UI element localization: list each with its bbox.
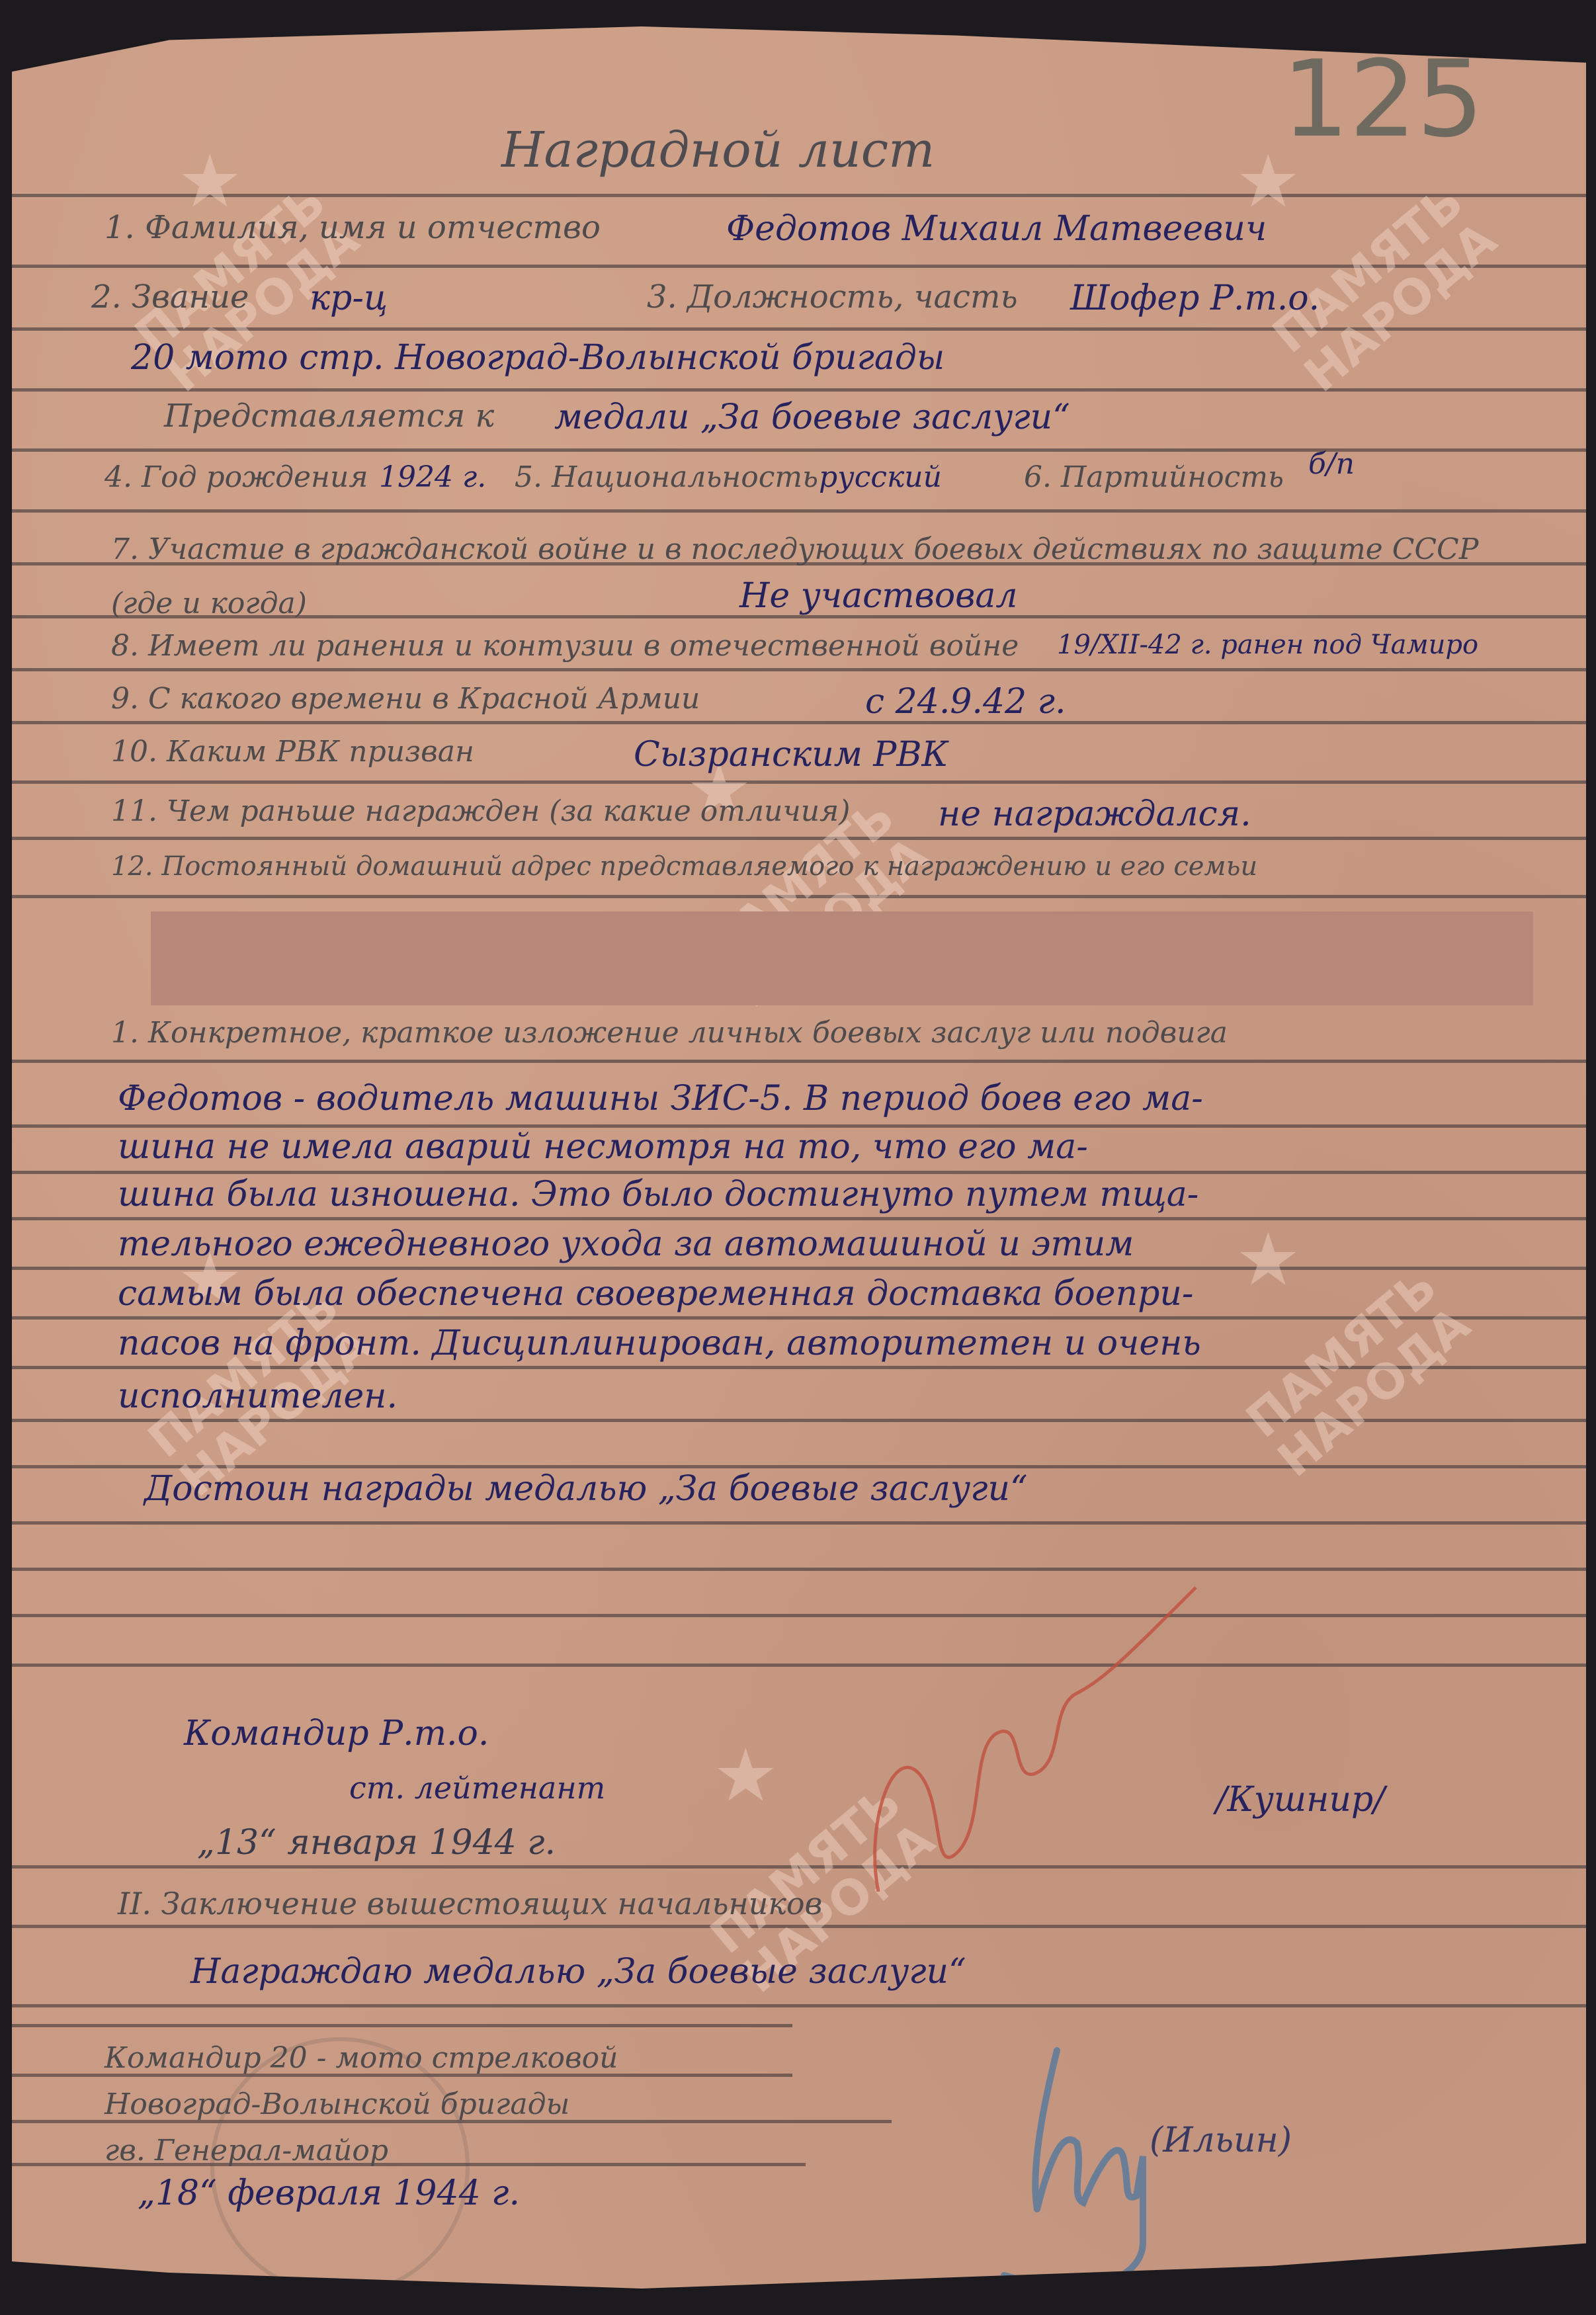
narrative-line: шина не имела аварий несмотря на то, что… — [118, 1130, 1088, 1164]
redacted-address — [151, 911, 1533, 1005]
field-label-position: 3. Должность, часть — [647, 281, 1018, 313]
blue-pencil-signature — [964, 2024, 1335, 2302]
field-label-presented: Представляется к — [164, 400, 494, 432]
ruled-line — [12, 668, 1586, 671]
ruled-line — [12, 2004, 1586, 2007]
watermark-star-icon: ★ — [1236, 1217, 1301, 1302]
general-position-line: гв. Генерал-майор — [105, 2136, 388, 2166]
section-heading: 1. Конкретное, краткое изложение личных … — [111, 1019, 1228, 1048]
recommendation: Достоин награды медалью „За боевые заслу… — [144, 1472, 1028, 1506]
commander-position: Командир Р.т.о. — [184, 1716, 489, 1751]
award-sheet: ★ ПАМЯТЬ НАРОДА ★ ПАМЯТЬ НАРОДА ★ ПАМЯТЬ… — [12, 26, 1586, 2289]
field-label-army-since: 9. С какого времени в Красной Армии — [111, 685, 700, 714]
commander-rank: ст. лейтенант — [349, 1773, 605, 1803]
general-name: (Ильин) — [1150, 2123, 1292, 2158]
ruled-line — [12, 2024, 792, 2027]
ruled-line — [12, 388, 1586, 392]
document-title: Наградной лист — [501, 126, 935, 175]
folio-number: 125 — [1282, 46, 1484, 152]
ruled-line — [12, 1267, 1586, 1270]
field-label-wounds: 8. Имеет ли ранения и контузии в отечест… — [111, 632, 1019, 661]
field-value-rvk: Сызранским РВК — [634, 737, 948, 772]
ruled-line — [12, 1614, 1586, 1617]
field-value-rank: кр-ц — [310, 281, 388, 316]
ruled-line — [12, 721, 1586, 724]
ruled-line — [12, 837, 1586, 840]
ruled-line — [12, 1521, 1586, 1525]
narrative-line: тельного ежедневного ухода за автомашино… — [118, 1227, 1134, 1261]
field-value-army-since: с 24.9.42 г. — [865, 685, 1066, 719]
narrative-line: Федотов - водитель машины ЗИС-5. В перио… — [118, 1081, 1203, 1116]
general-date: „18“ февраля 1944 г. — [138, 2176, 520, 2210]
ruled-line — [12, 1663, 1586, 1667]
narrative-line: самым была обеспечена своевременная дост… — [118, 1277, 1193, 1311]
field-value-award: медали „За боевые заслуги“ — [554, 400, 1070, 435]
field-value-name: Федотов Михаил Матвеевич — [726, 212, 1267, 246]
field-value-unit: 20 мото стр. Новоград-Волынской бригады — [131, 341, 945, 375]
narrative-line: пасов на фронт. Дисциплинирован, авторит… — [118, 1326, 1201, 1361]
field-value-wounds: 19/XII-42 г. ранен под Чамиро — [1057, 632, 1478, 658]
field-label-rank: 2. Звание — [91, 281, 249, 313]
field-value-party: б/п — [1308, 450, 1355, 479]
field-label-previous-awards: 11. Чем раньше награжден (за какие отлич… — [111, 797, 850, 826]
watermark-star-icon: ★ — [713, 1733, 778, 1818]
field-label-rvk: 10. Каким РВК призван — [111, 737, 474, 767]
narrative-line: шина была изношена. Это было достигнуто … — [118, 1177, 1198, 1212]
field-value-civil-war: Не участвовал — [739, 579, 1018, 613]
ruled-line — [12, 1171, 1586, 1174]
commander-date: „13“ января 1944 г. — [197, 1826, 556, 1860]
field-label-address: 12. Постоянный домашний адрес представля… — [111, 853, 1257, 880]
conclusion: Награждаю медалью „За боевые заслуги“ — [190, 1955, 966, 1989]
ruled-line — [12, 1568, 1586, 1571]
ruled-line — [12, 194, 1586, 197]
field-value-position: Шофер Р.т.о. — [1070, 281, 1320, 316]
commander-name: /Кушнир/ — [1216, 1783, 1385, 1817]
section-2-heading: II. Заключение вышестоящих начальников — [118, 1888, 822, 1919]
general-position-line: Командир 20 - мото стрелковой — [105, 2044, 618, 2073]
field-label-name: 1. Фамилия, имя и отчество — [105, 212, 601, 243]
ruled-line — [12, 1217, 1586, 1220]
narrative-line: исполнителен. — [118, 1379, 398, 1413]
field-value-previous-awards: не награждался. — [938, 797, 1251, 831]
ruled-line — [12, 780, 1586, 784]
ruled-line — [12, 1060, 1586, 1063]
red-pencil-signature — [852, 1574, 1222, 1892]
general-position-line: Новоград-Волынской бригады — [105, 2090, 569, 2119]
